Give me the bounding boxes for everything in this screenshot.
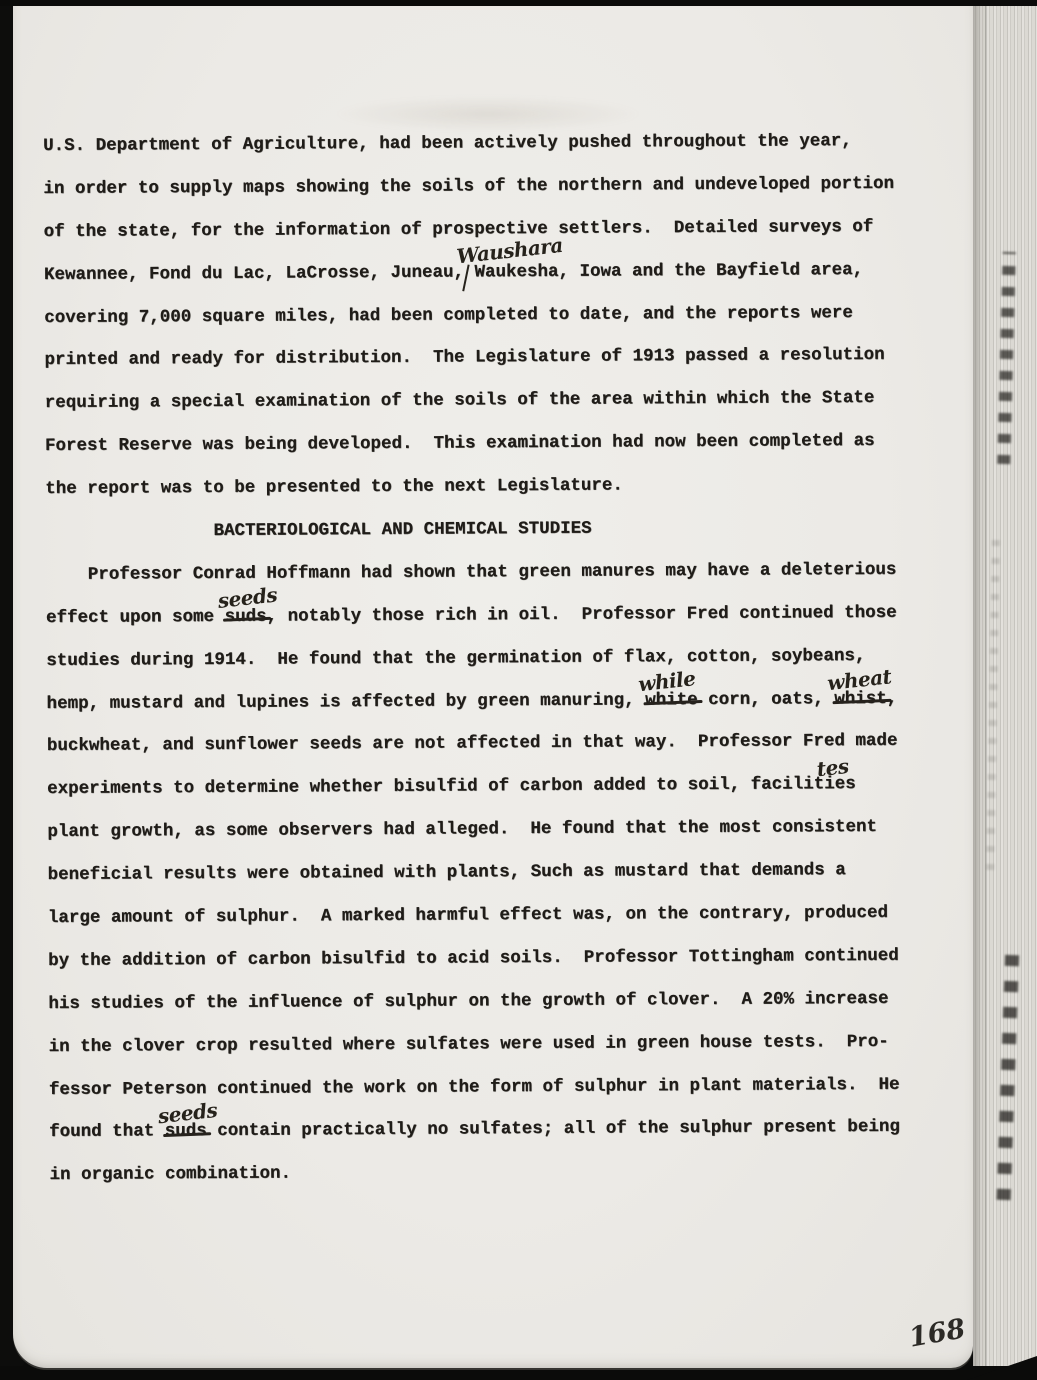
typed-text: printed and ready for distribution. The … <box>44 334 884 382</box>
typed-line: in order to supply maps showing the soil… <box>43 162 948 210</box>
page-edge-strip <box>973 0 1037 1380</box>
typed-text: found that <box>49 1111 165 1155</box>
bleedthrough-marks <box>997 252 1016 464</box>
typed-line: in organic combination. <box>49 1149 954 1197</box>
typed-line: printed and ready for distribution. The … <box>44 334 949 382</box>
typed-text: beneficial results were obtained with pl… <box>47 849 845 897</box>
scanned-page: U.S. Department of Agriculture, had been… <box>13 6 973 1368</box>
typed-text: experiments to determine whether bisulfi… <box>47 764 824 812</box>
typed-text: iestes <box>824 763 856 806</box>
struck-word: whistwheat <box>834 677 887 720</box>
typed-text: by the addition of carbon bisulfid to ac… <box>48 935 899 983</box>
typed-line: his studies of the influence of sulphur … <box>48 977 953 1025</box>
typed-line: experiments to determine whether bisulfi… <box>47 763 952 811</box>
scan-bottom-border <box>0 1366 1037 1380</box>
typed-text: plant growth, as some observers had alle… <box>47 806 877 854</box>
typed-line: Kewannee, Fond du Lac, LaCrosse, Juneau,… <box>44 248 949 296</box>
typed-text: , Iowa and the Bayfield area, <box>558 249 863 294</box>
typed-line: large amount of sulphur. A marked harmfu… <box>48 891 953 939</box>
typed-line: requiring a special examination of the s… <box>45 377 950 425</box>
typed-text: corn, oats, <box>698 678 835 722</box>
typed-line: covering 7,000 square miles, had been co… <box>44 291 949 339</box>
typed-line: Professor Conrad Hoffmann had shown that… <box>46 548 951 596</box>
book-binding-edge <box>0 0 13 1380</box>
typed-text: his studies of the influence of sulphur … <box>48 978 888 1026</box>
struck-word: whitewhile <box>645 679 698 722</box>
struck-word: sudsseeds <box>224 595 266 638</box>
typed-text: effect upon some <box>46 596 225 640</box>
typed-line: beneficial results were obtained with pl… <box>47 849 952 897</box>
typed-text: in the clover crop resulted where sulfat… <box>49 1021 889 1069</box>
bleedthrough-marks <box>986 540 1000 870</box>
handwritten-annotation: while <box>637 668 696 694</box>
struck-word: sudsseeds <box>165 1111 207 1154</box>
typed-text: BACTERIOLOGICAL AND CHEMICAL STUDIES <box>213 508 591 553</box>
typed-text: WaukeshaWaushara <box>464 251 559 294</box>
typed-text: Kewannee, Fond du Lac, LaCrosse, Juneau, <box>44 251 464 296</box>
typed-line: Forest Reserve was being developed. This… <box>45 420 950 468</box>
typed-line: studies during 1914. He found that the g… <box>46 634 951 682</box>
page-number: 168 <box>907 1313 968 1353</box>
typed-text: in order to supply maps showing the soil… <box>43 163 894 211</box>
typed-text: the report was to be presented to the ne… <box>45 465 623 511</box>
typed-text: requiring a special examination of the s… <box>45 377 875 425</box>
typed-line: effect upon some sudsseeds, notably thos… <box>46 591 951 639</box>
typed-line: U.S. Department of Agriculture, had been… <box>43 119 948 167</box>
typed-text: , <box>887 677 898 720</box>
typed-text: hemp, mustard and lupines is affected by… <box>46 679 645 726</box>
typed-line: plant growth, as some observers had alle… <box>47 806 952 854</box>
typed-text: contain practically no sulfates; all of … <box>207 1106 900 1153</box>
typed-text: U.S. Department of Agriculture, had been… <box>43 120 852 168</box>
typed-text: buckwheat, and sunflower seeds are not a… <box>47 720 898 768</box>
typed-line: by the addition of carbon bisulfid to ac… <box>48 934 953 982</box>
typed-line: hemp, mustard and lupines is affected by… <box>46 677 951 725</box>
typed-line: found that sudsseeds contain practically… <box>49 1106 954 1154</box>
section-heading: BACTERIOLOGICAL AND CHEMICAL STUDIES <box>45 505 950 553</box>
typescript-lines: U.S. Department of Agriculture, had been… <box>43 119 955 1197</box>
bleedthrough-marks <box>997 945 1020 1200</box>
page-edge-line <box>985 0 986 1380</box>
typed-text: studies during 1914. He found that the g… <box>46 635 865 683</box>
typed-text: , notably those rich in oil. Professor F… <box>266 592 896 639</box>
typed-text: Professor Conrad Hoffmann had shown that… <box>88 549 897 597</box>
typed-line: the report was to be presented to the ne… <box>45 463 950 511</box>
handwritten-annotation: tes <box>816 756 850 779</box>
typed-text: large amount of sulphur. A marked harmfu… <box>48 892 888 940</box>
typed-text: Forest Reserve was being developed. This… <box>45 420 875 468</box>
typed-line: in the clover crop resulted where sulfat… <box>49 1020 954 1068</box>
typed-text: covering 7,000 square miles, had been co… <box>44 292 853 340</box>
handwritten-annotation: wheat <box>826 666 892 693</box>
typed-text: in organic combination. <box>49 1153 291 1197</box>
